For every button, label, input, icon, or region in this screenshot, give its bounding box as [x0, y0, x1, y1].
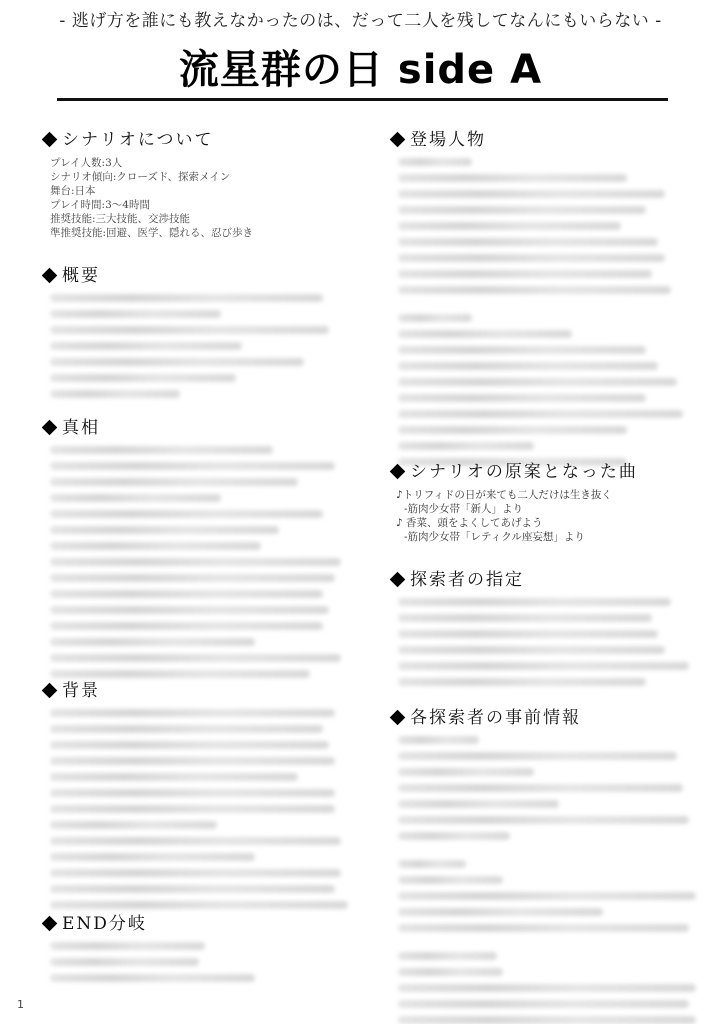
tagline: - 逃げ方を誰にも教えなかったのは、だって二人を残してなんにもいらない - [0, 6, 721, 31]
info-line: 推奨技能:三大技能、交渉技能 [50, 212, 360, 226]
section-heading: シナリオについて [40, 128, 360, 152]
blurred-text-line [398, 158, 472, 166]
song-title: ♪トリフィドの日が来ても二人だけは生き抜く [396, 488, 708, 502]
blurred-text-line [398, 270, 652, 278]
blurred-text-line [50, 622, 323, 630]
blurred-text-line [50, 885, 335, 893]
blurred-text-line [50, 741, 329, 749]
blurred-text-line [50, 757, 335, 765]
diamond-bullet-icon [42, 683, 58, 699]
blurred-text-line [398, 286, 671, 294]
blurred-text-line [398, 442, 534, 450]
title-latin: side A [398, 47, 542, 93]
blurred-text-line [398, 222, 621, 230]
blurred-text-line [50, 574, 335, 582]
section-scenario: シナリオについて プレイ人数:3人 シナリオ傾向:クローズド、探索メイン 舞台:… [40, 128, 360, 240]
title-japanese: 流星群の日 [179, 46, 384, 93]
section-background: 背景 [40, 679, 360, 917]
section-heading-label: シナリオについて [62, 130, 214, 150]
blurred-text-block [40, 446, 360, 678]
song-title: ♪ 香菜、頭をよくしてあげよう [396, 516, 708, 530]
blurred-text-line [398, 784, 683, 792]
diamond-bullet-icon [42, 420, 58, 436]
section-heading-label: 登場人物 [410, 130, 486, 150]
blurred-text-line [50, 837, 341, 845]
blurred-text-line [50, 478, 298, 486]
blurred-text-line [398, 394, 646, 402]
blurred-text-line [398, 410, 683, 418]
info-line: 舞台:日本 [50, 184, 360, 198]
blurred-text-line [50, 326, 329, 334]
blurred-text-line [50, 654, 341, 662]
section-overview: 概要 [40, 264, 360, 406]
music-note-icon: ♪ [396, 489, 403, 501]
section-heading-label: 概要 [62, 266, 100, 286]
blurred-text-line [50, 638, 255, 646]
diamond-bullet-icon [42, 916, 58, 932]
blurred-text-line [50, 805, 335, 813]
blurred-text-line [50, 709, 335, 717]
blurred-text-line [398, 1016, 696, 1024]
blurred-text-line [398, 378, 677, 386]
section-heading: END分岐 [40, 912, 360, 936]
blurred-text-line [50, 390, 180, 398]
blurred-text-line [398, 206, 646, 214]
blurred-text-line [398, 614, 652, 622]
blurred-text-line [50, 446, 273, 454]
blurred-text-line [398, 362, 658, 370]
blurred-text-line [50, 558, 341, 566]
blurred-text-line [50, 510, 323, 518]
blurred-text-line [398, 174, 627, 182]
section-heading: 背景 [40, 679, 360, 703]
blurred-text-line [50, 342, 242, 350]
blurred-text-block [40, 294, 360, 398]
blurred-text-line [50, 358, 304, 366]
scenario-info-list: プレイ人数:3人 シナリオ傾向:クローズド、探索メイン 舞台:日本 プレイ時間:… [40, 156, 360, 240]
blurred-text-line [398, 800, 559, 808]
section-heading: 探索者の指定 [388, 568, 708, 592]
info-line: シナリオ傾向:クローズド、探索メイン [50, 170, 360, 184]
blurred-text-line [398, 678, 646, 686]
blurred-text-line [50, 542, 261, 550]
section-heading-label: 探索者の指定 [410, 570, 524, 590]
blurred-text-line [50, 374, 236, 382]
info-line: プレイ時間:3〜4時間 [50, 198, 360, 212]
diamond-bullet-icon [390, 710, 406, 726]
blurred-text-line [50, 942, 205, 950]
section-heading-label: 背景 [62, 681, 100, 701]
diamond-bullet-icon [390, 464, 406, 480]
diamond-bullet-icon [42, 268, 58, 284]
blurred-text-line [50, 590, 323, 598]
blurred-text-line [50, 821, 217, 829]
diamond-bullet-icon [390, 132, 406, 148]
blurred-text-line [50, 310, 221, 318]
blurred-text-line [50, 725, 323, 733]
blurred-text-line [398, 346, 646, 354]
section-heading: 各探索者の事前情報 [388, 706, 708, 730]
blurred-text-line [398, 876, 503, 884]
section-heading: 真相 [40, 416, 360, 440]
blurred-text-line [50, 901, 348, 909]
music-note-icon: ♪ [396, 517, 403, 529]
song-credit: -筋肉少女帯「新人」より [396, 502, 708, 516]
page-number: 1 [17, 998, 24, 1011]
blurred-text-line [398, 924, 689, 932]
song-list: ♪トリフィドの日が来ても二人だけは生き抜く -筋肉少女帯「新人」より ♪ 香菜、… [388, 488, 708, 544]
section-heading-label: 真相 [62, 418, 100, 438]
blurred-text-block [388, 598, 708, 686]
section-heading: 概要 [40, 264, 360, 288]
blurred-text-line [50, 869, 341, 877]
blurred-text-line [50, 789, 335, 797]
paragraph-gap [398, 302, 708, 314]
blurred-text-line [398, 968, 503, 976]
blurred-text-line [50, 462, 335, 470]
section-end-branch: END分岐 [40, 912, 360, 990]
blurred-text-line [398, 254, 665, 262]
blurred-text-line [398, 860, 466, 868]
section-heading: 登場人物 [388, 128, 708, 152]
blurred-text-line [50, 606, 329, 614]
diamond-bullet-icon [42, 132, 58, 148]
blurred-text-line [398, 816, 689, 824]
blurred-text-line [398, 662, 689, 670]
blurred-text-block [40, 942, 360, 982]
blurred-text-line [398, 768, 534, 776]
blurred-text-line [50, 773, 298, 781]
paragraph-gap [398, 848, 708, 860]
info-line: プレイ人数:3人 [50, 156, 360, 170]
blurred-text-line [398, 892, 696, 900]
blurred-text-line [398, 752, 677, 760]
blurred-text-line [50, 494, 221, 502]
blurred-text-line [50, 974, 255, 982]
document-title: 流星群の日side A [0, 38, 721, 95]
blurred-text-line [398, 598, 671, 606]
blurred-text-line [50, 526, 279, 534]
section-heading-label: シナリオの原案となった曲 [410, 462, 638, 482]
blurred-text-line [50, 294, 323, 302]
blurred-text-line [398, 426, 627, 434]
section-truth: 真相 [40, 416, 360, 686]
blurred-text-line [398, 1000, 689, 1008]
title-divider [57, 98, 668, 101]
blurred-text-line [398, 630, 658, 638]
blurred-text-block [388, 736, 708, 1024]
blurred-text-block [40, 709, 360, 909]
blurred-text-line [398, 314, 472, 322]
blurred-text-block [388, 158, 708, 466]
diamond-bullet-icon [390, 572, 406, 588]
paragraph-gap [398, 940, 708, 952]
blurred-text-line [398, 238, 658, 246]
song-credit: -筋肉少女帯「レティクル座妄想」より [396, 530, 708, 544]
blurred-text-line [398, 736, 479, 744]
blurred-text-line [398, 908, 603, 916]
blurred-text-line [50, 853, 255, 861]
blurred-text-line [398, 832, 510, 840]
section-heading-label: END分岐 [62, 914, 147, 934]
blurred-text-line [398, 646, 665, 654]
section-prior-info: 各探索者の事前情報 [388, 706, 708, 1024]
blurred-text-line [398, 984, 696, 992]
section-heading-label: 各探索者の事前情報 [410, 708, 581, 728]
section-heading: シナリオの原案となった曲 [388, 460, 708, 484]
blurred-text-line [50, 958, 199, 966]
blurred-text-line [50, 670, 310, 678]
blurred-text-line [398, 330, 572, 338]
section-characters: 登場人物 [388, 128, 708, 474]
section-investigator-spec: 探索者の指定 [388, 568, 708, 694]
blurred-text-line [398, 952, 497, 960]
section-source-songs: シナリオの原案となった曲 ♪トリフィドの日が来ても二人だけは生き抜く -筋肉少女… [388, 460, 708, 544]
info-line: 準推奨技能:回避、医学、隠れる、忍び歩き [50, 226, 360, 240]
blurred-text-line [398, 190, 665, 198]
